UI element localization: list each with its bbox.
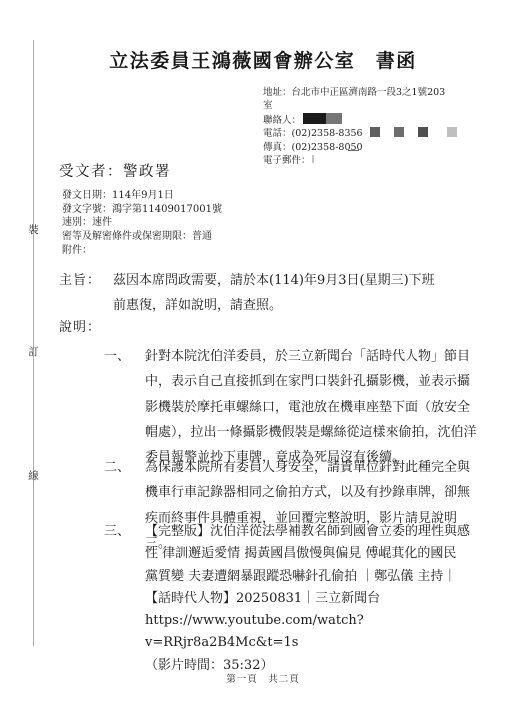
phone-number: (02)2358-8356 xyxy=(292,128,363,139)
email-label: 電子郵件： xyxy=(263,155,311,166)
item-text: 針對本院沈伯洋委員，於三立新聞台「話時代人物」節目 中，表示自己直接抓到在家門口… xyxy=(145,344,482,470)
binding-margin-line xyxy=(33,40,34,646)
list-item-3: 三、 【完整版】沈伯洋從法學補教名師到國會立委的理性與感 性 律訓邂逅愛情 揭黃… xyxy=(104,521,482,677)
subject-label: 主旨： xyxy=(59,268,113,293)
recipient-line: 受文者：警政署 xyxy=(59,160,171,181)
meta-classification: 密等及解密條件或保密期限：普通 xyxy=(62,230,222,244)
item-number: 一、 xyxy=(104,344,145,369)
redaction-box xyxy=(418,127,428,137)
phone-label: 電話： xyxy=(263,128,292,139)
binding-mark-ding: 訂 xyxy=(26,345,41,359)
subject-text: 茲因本席問政需要，請於本(114)年9月3日(星期三)下班 前惠復，詳如說明，請… xyxy=(113,268,445,318)
page-footer: 第一頁 共二頁 xyxy=(0,671,526,685)
email-row: 電子郵件： xyxy=(263,154,483,167)
item-text: 【完整版】沈伯洋從法學補教名師到國會立委的理性與感 性 律訓邂逅愛情 揭黃國昌傲… xyxy=(145,521,482,677)
document-page: 裝 訂 線 立法委員王鴻薇國會辦公室 書函 地址：台北市中正區濟南路一段3之1號… xyxy=(0,0,526,701)
redacted-email-mark xyxy=(312,155,314,163)
document-title: 立法委員王鴻薇國會辦公室 書函 xyxy=(0,46,526,73)
redaction-box xyxy=(447,127,457,137)
explanation-label: 說明： xyxy=(59,316,101,335)
list-item-1: 一、 針對本院沈伯洋委員，於三立新聞台「話時代人物」節目 中，表示自己直接抓到在… xyxy=(104,344,482,470)
phone-row: 電話：(02)2358-8356 xyxy=(263,127,483,140)
redaction-box xyxy=(394,127,404,137)
doc-meta-block: 發文日期：114年9月1日 發文字號：鴻字第11409017001號 速別：速件… xyxy=(62,189,222,258)
redaction-box xyxy=(370,127,380,137)
sender-contact-block: 地址：台北市中正區濟南路一段3之1號203 室 聯絡人： 電話：(02)2358… xyxy=(263,86,483,167)
scan-artifact-underline xyxy=(348,150,359,151)
fax-row: 傳真：(02)2358-8050 xyxy=(263,141,483,154)
redaction-box xyxy=(326,113,342,124)
contact-person-label: 聯絡人： xyxy=(263,115,301,126)
meta-sent-date: 發文日期：114年9月1日 xyxy=(62,189,222,203)
item-number: 三、 xyxy=(104,521,145,543)
sender-address: 地址：台北市中正區濟南路一段3之1號203 室 xyxy=(263,86,483,113)
meta-attachment: 附件： xyxy=(62,244,222,258)
item-number: 二、 xyxy=(104,455,145,480)
meta-doc-number: 發文字號：鴻字第11409017001號 xyxy=(62,203,222,217)
contact-person-row: 聯絡人： xyxy=(263,113,483,127)
binding-mark-xian: 線 xyxy=(26,469,41,483)
binding-mark-zhuang: 裝 xyxy=(26,223,41,237)
fax-label: 傳真： xyxy=(263,142,292,153)
redaction-box xyxy=(303,113,326,124)
meta-priority: 速別：速件 xyxy=(62,216,222,230)
subject-row: 主旨： 茲因本席問政需要，請於本(114)年9月3日(星期三)下班 前惠復，詳如… xyxy=(59,268,445,318)
